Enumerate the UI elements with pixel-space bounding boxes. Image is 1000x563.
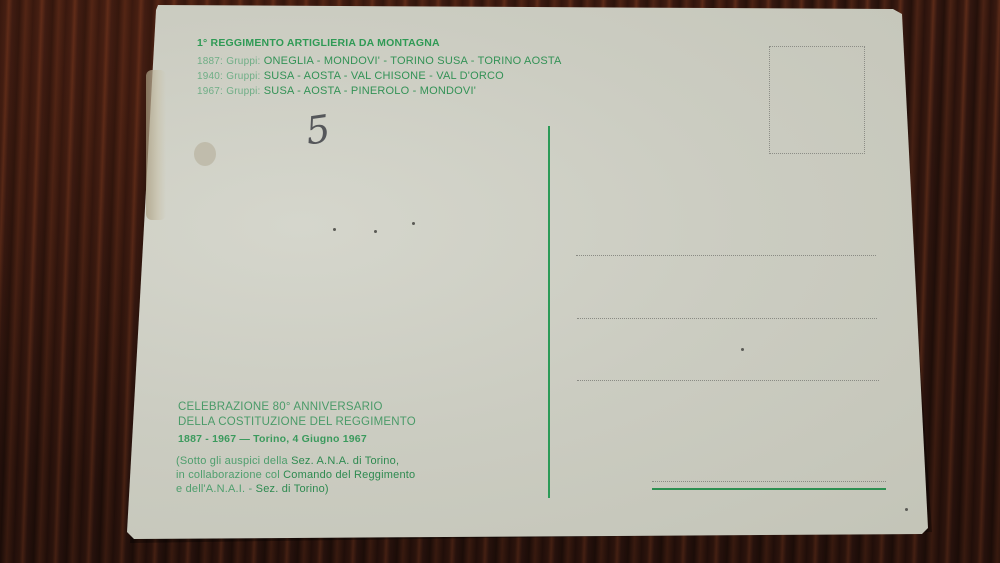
address-line-3: [577, 380, 879, 381]
auspices-text-emph: Sez. A.N.A. di Torino,: [291, 455, 399, 467]
wooden-table-background: 1° REGGIMENTO ARTIGLIERIA DA MONTAGNA 18…: [0, 0, 1000, 563]
regiment-title: 1° REGGIMENTO ARTIGLIERIA DA MONTAGNA: [197, 37, 440, 49]
group-label: Gruppi:: [226, 86, 260, 97]
auspices-line-2: in collaborazione col Comando del Reggim…: [176, 469, 415, 481]
address-line-2: [577, 318, 877, 319]
group-names: ONEGLIA - MONDOVI' - TORINO SUSA - TORIN…: [264, 55, 562, 67]
auspices-text: (Sotto gli auspici della: [176, 455, 291, 467]
group-line-1887: 1887: Gruppi: ONEGLIA - MONDOVI' - TORIN…: [197, 55, 562, 67]
auspices-line-3: e dell'A.N.A.I. - Sez. di Torino): [176, 483, 329, 495]
group-line-1967: 1967: Gruppi: SUSA - AOSTA - PINEROLO - …: [197, 85, 476, 97]
auspices-text: in collaborazione col: [176, 469, 283, 481]
stamp-placeholder-box: [769, 46, 865, 154]
group-year: 1967:: [197, 86, 223, 97]
auspices-text: e dell'A.N.A.I. -: [176, 483, 256, 495]
auspices-line-1: (Sotto gli auspici della Sez. A.N.A. di …: [176, 455, 399, 467]
celebration-line-2: DELLA COSTITUZIONE DEL REGGIMENTO: [178, 416, 416, 428]
address-line-1: [576, 255, 876, 256]
celebration-date: 1887 - 1967 — Torino, 4 Giugno 1967: [178, 433, 367, 445]
group-names: SUSA - AOSTA - VAL CHISONE - VAL D'ORCO: [264, 70, 504, 82]
address-line-4: [652, 481, 886, 482]
group-label: Gruppi:: [226, 71, 260, 82]
ink-speck: [412, 222, 415, 225]
ink-speck: [374, 230, 377, 233]
group-year: 1887:: [197, 56, 223, 67]
group-names: SUSA - AOSTA - PINEROLO - MONDOVI': [264, 85, 476, 97]
address-underline: [652, 488, 886, 490]
auspices-text-emph: Sez. di Torino): [256, 483, 329, 495]
group-label: Gruppi:: [226, 56, 260, 67]
ink-speck: [741, 348, 744, 351]
center-divider-line: [548, 126, 550, 498]
auspices-text-emph: Comando del Reggimento: [283, 469, 415, 481]
ink-speck: [905, 508, 908, 511]
group-year: 1940:: [197, 71, 223, 82]
ink-speck: [333, 228, 336, 231]
celebration-line-1: CELEBRAZIONE 80° ANNIVERSARIO: [178, 401, 383, 413]
group-line-1940: 1940: Gruppi: SUSA - AOSTA - VAL CHISONE…: [197, 70, 504, 82]
torn-edge: [146, 70, 166, 220]
stain-mark: [194, 142, 216, 166]
